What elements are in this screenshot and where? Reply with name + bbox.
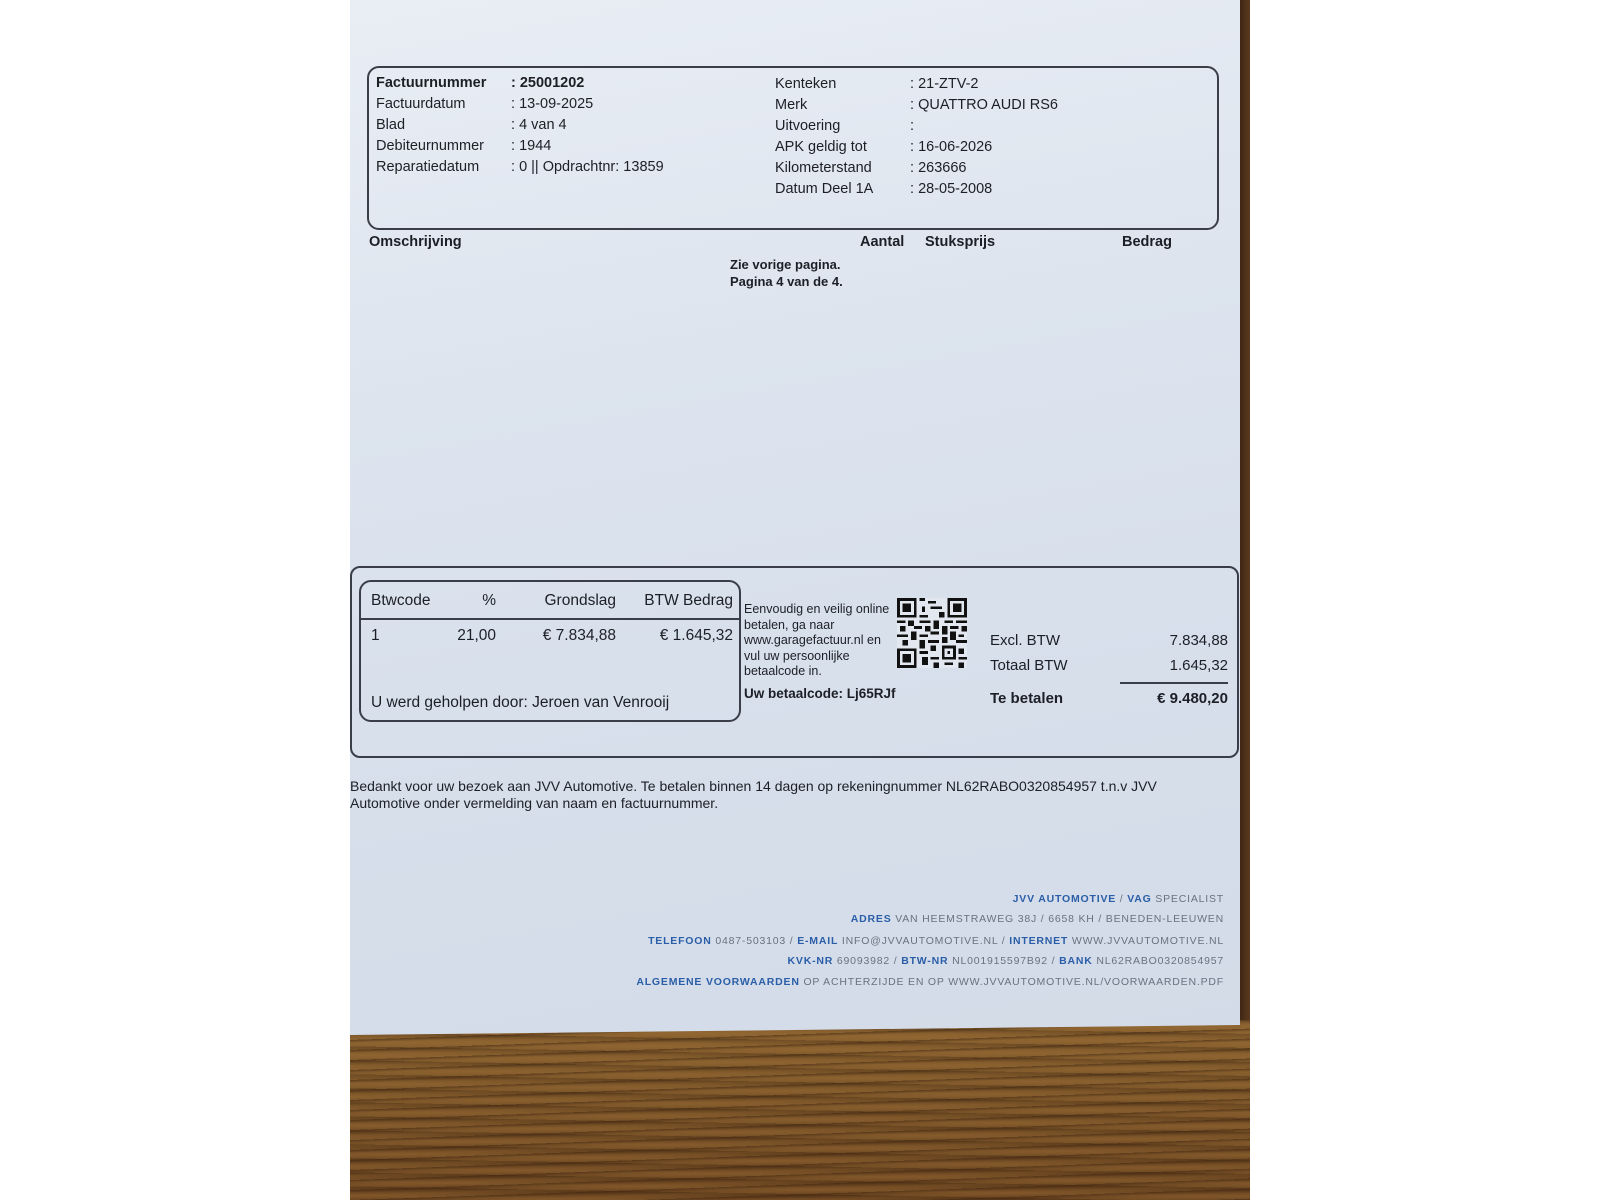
page-note: Zie vorige pagina. Pagina 4 van de 4.	[730, 256, 843, 290]
vat-header-code: Btwcode	[371, 592, 441, 610]
label: Factuurnummer	[376, 73, 511, 94]
invoice-number-row: Factuurnummer 25001202	[376, 73, 664, 94]
table-row: 1 21,00 € 7.834,88 € 1.645,32	[371, 627, 733, 645]
footer-key: JVV AUTOMOTIVE	[1013, 893, 1116, 905]
footer-text: NL62RABO0320854957	[1093, 955, 1224, 967]
footer-text: SPECIALIST	[1152, 893, 1224, 905]
totals: Excl. BTW 7.834,88 Totaal BTW 1.645,32 T…	[990, 632, 1228, 715]
footer-key: VAG	[1127, 893, 1151, 905]
page-note-line1: Zie vorige pagina.	[730, 256, 843, 273]
vat-header-percent: %	[441, 592, 496, 610]
payment-code: Uw betaalcode: Lj65RJf	[744, 686, 896, 701]
footer-key: E-MAIL	[797, 935, 838, 947]
footer-key: BTW-NR	[901, 955, 948, 967]
footer-key: ADRES	[851, 913, 892, 925]
vat-table: Btwcode % Grondslag BTW Bedrag 1 21,00 €…	[359, 580, 741, 722]
invoice-date: 13-09-2025	[511, 94, 593, 115]
apk-row: APK geldig tot 16-06-2026	[775, 137, 1058, 158]
footer-text: WWW.JVVAUTOMOTIVE.NL	[1068, 935, 1224, 947]
invoice-details: Factuurnummer 25001202 Factuurdatum 13-0…	[376, 73, 664, 178]
license-plate: 21-ZTV-2	[910, 74, 979, 95]
sheet-row: Blad 4 van 4	[376, 115, 664, 136]
footer-text: 69093982 /	[833, 955, 901, 967]
helped-by: U werd geholpen door: Jeroen van Venrooi…	[371, 694, 669, 712]
excl-vat-row: Excl. BTW 7.834,88	[990, 632, 1228, 657]
footer-key: KVK-NR	[788, 955, 834, 967]
qr-code-icon	[897, 598, 967, 668]
online-payment-note: Eenvoudig en veilig online betalen, ga n…	[744, 602, 894, 680]
mileage: 263666	[910, 158, 966, 179]
license-plate-row: Kenteken 21-ZTV-2	[775, 74, 1058, 95]
vat-header-base: Grondslag	[496, 592, 616, 610]
photo: Factuurnummer 25001202 Factuurdatum 13-0…	[350, 0, 1250, 1200]
sheet: 4 van 4	[511, 115, 567, 136]
footer-text: VAN HEEMSTRAWEG 38J / 6658 KH / BENEDEN-…	[892, 913, 1224, 925]
footer-terms: ALGEMENE VOORWAARDEN OP ACHTERZIJDE EN O…	[636, 976, 1224, 988]
version-row: Uitvoering	[775, 116, 1058, 137]
apk-valid-until: 16-06-2026	[910, 137, 992, 158]
label: Debiteurnummer	[376, 136, 511, 157]
label: Datum Deel 1A	[775, 179, 910, 200]
column-quantity: Aantal	[860, 234, 904, 250]
label: Blad	[376, 115, 511, 136]
page-note-line2: Pagina 4 van de 4.	[730, 273, 843, 290]
label: Reparatiedatum	[376, 157, 511, 178]
label: Uitvoering	[775, 116, 910, 137]
column-amount: Bedrag	[1122, 234, 1172, 250]
footer-contact: TELEFOON 0487-503103 / E-MAIL INFO@JVVAU…	[648, 935, 1224, 947]
footer-text: /	[1116, 893, 1127, 905]
footer-text: OP ACHTERZIJDE EN OP WWW.JVVAUTOMOTIVE.N…	[800, 976, 1224, 988]
column-unit-price: Stuksprijs	[925, 234, 995, 250]
column-description: Omschrijving	[369, 234, 462, 250]
footer-key: TELEFOON	[648, 935, 712, 947]
amount-due-label: Te betalen	[990, 690, 1063, 715]
mileage-row: Kilometerstand 263666	[775, 158, 1058, 179]
label: Factuurdatum	[376, 94, 511, 115]
vat-base: € 7.834,88	[496, 627, 616, 645]
repair-date-row: Reparatiedatum 0 || Opdrachtnr: 13859	[376, 157, 664, 178]
version	[910, 116, 914, 137]
footer-text: INFO@JVVAUTOMOTIVE.NL /	[838, 935, 1009, 947]
debtor-number: 1944	[511, 136, 551, 157]
footer-company: JVV AUTOMOTIVE / VAG SPECIALIST	[1013, 893, 1224, 905]
total-vat-label: Totaal BTW	[990, 657, 1068, 682]
brand-row: Merk QUATTRO AUDI RS6	[775, 95, 1058, 116]
totals-divider	[1120, 682, 1228, 684]
label: Merk	[775, 95, 910, 116]
vat-amount: € 1.645,32	[616, 627, 733, 645]
footer-address: ADRES VAN HEEMSTRAWEG 38J / 6658 KH / BE…	[851, 913, 1224, 925]
brand: QUATTRO AUDI RS6	[910, 95, 1058, 116]
excl-vat-label: Excl. BTW	[990, 632, 1060, 657]
footer-key: INTERNET	[1009, 935, 1068, 947]
footer-text: 0487-503103 /	[712, 935, 798, 947]
thanks-message: Bedankt voor uw bezoek aan JVV Automotiv…	[350, 778, 1200, 812]
invoice-number: 25001202	[511, 73, 584, 94]
excl-vat-value: 7.834,88	[1170, 632, 1228, 657]
debtor-number-row: Debiteurnummer 1944	[376, 136, 664, 157]
footer-key: BANK	[1059, 955, 1093, 967]
vehicle-details: Kenteken 21-ZTV-2 Merk QUATTRO AUDI RS6 …	[775, 74, 1058, 200]
repair-date: 0 || Opdrachtnr: 13859	[511, 157, 664, 178]
total-vat-row: Totaal BTW 1.645,32	[990, 657, 1228, 682]
vat-header-amount: BTW Bedrag	[616, 592, 733, 610]
registration-date: 28-05-2008	[910, 179, 992, 200]
footer-registration: KVK-NR 69093982 / BTW-NR NL001915597B92 …	[788, 955, 1224, 967]
wooden-table	[350, 1020, 1250, 1200]
amount-due-value: € 9.480,20	[1157, 690, 1228, 715]
vat-code: 1	[371, 627, 441, 645]
invoice-page: Factuurnummer 25001202 Factuurdatum 13-0…	[350, 0, 1240, 1035]
invoice-date-row: Factuurdatum 13-09-2025	[376, 94, 664, 115]
total-vat-value: 1.645,32	[1170, 657, 1228, 682]
label: Kilometerstand	[775, 158, 910, 179]
vat-table-header: Btwcode % Grondslag BTW Bedrag	[371, 592, 733, 610]
label: APK geldig tot	[775, 137, 910, 158]
registration-date-row: Datum Deel 1A 28-05-2008	[775, 179, 1058, 200]
footer-text: NL001915597B92 /	[948, 955, 1059, 967]
vat-percent: 21,00	[441, 627, 496, 645]
amount-due-row: Te betalen € 9.480,20	[990, 690, 1228, 715]
label: Kenteken	[775, 74, 910, 95]
footer-key: ALGEMENE VOORWAARDEN	[636, 976, 799, 988]
vat-table-divider	[361, 618, 739, 620]
